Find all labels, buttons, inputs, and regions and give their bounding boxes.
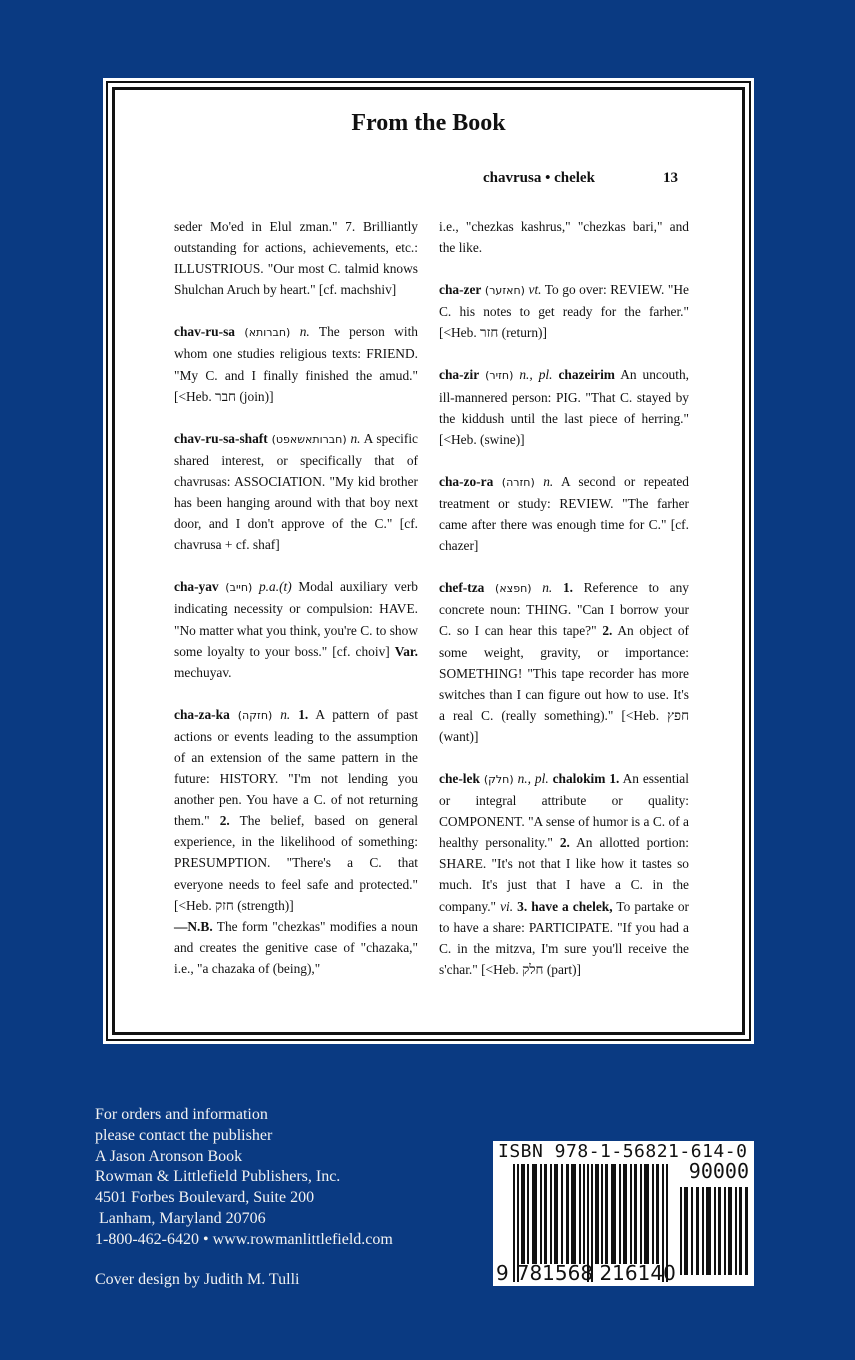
publisher-line: please contact the publisher (95, 1126, 393, 1147)
dictionary-entry-chazaka: cha-za-ka (חזקה) n. 1. A pattern of past… (174, 704, 418, 979)
dictionary-entry-chavrusa: chav-ru-sa (חברותא) n. The person with w… (174, 321, 418, 406)
part-of-speech: n. (300, 324, 310, 339)
running-head-words: chavrusa • chelek (483, 170, 595, 186)
hebrew-spelling: (חברותאשאפט) (272, 433, 347, 446)
variant-label: Var. (395, 644, 418, 659)
sense-text: A pattern of past actions or events lead… (174, 707, 418, 828)
headword: chef-tza (439, 580, 484, 595)
hebrew-spelling: (חייב) (225, 581, 252, 594)
ean-remaining-digits: 781568 216140 (517, 1261, 676, 1285)
price-code: 90000 (689, 1159, 749, 1183)
dictionary-entry-chayav: cha-yav (חייב) p.a.(t) Modal auxiliary v… (174, 576, 418, 682)
sense-number: 2. (602, 623, 612, 638)
nota-bene-label: —N.B. (174, 919, 213, 934)
sense-number: 3. (517, 899, 527, 914)
publisher-line: For orders and information (95, 1105, 393, 1126)
headword: chav-ru-sa (174, 324, 235, 339)
headword: chav-ru-sa-shaft (174, 431, 268, 446)
headword: cha-zo-ra (439, 474, 493, 489)
part-of-speech: n. (350, 431, 360, 446)
part-of-speech: n. (280, 707, 290, 722)
hebrew-spelling: (חזיר) (485, 369, 513, 382)
right-column: i.e., "chezkas kashrus," "chezkas bari,"… (439, 216, 689, 1001)
page-number: 13 (663, 170, 678, 187)
part-of-speech: p.a.(t) (259, 579, 292, 594)
addon-barcode-bars-icon (680, 1187, 748, 1275)
ean-digits: 9781568 216140 (496, 1261, 676, 1285)
hebrew-spelling: (חזרה) (502, 476, 535, 489)
ean-first-digit: 9 (496, 1261, 509, 1285)
publisher-line: A Jason Aronson Book (95, 1147, 393, 1168)
headword: che-lek (439, 771, 480, 786)
excerpt-panel: From the Book chavrusa • chelek 13 seder… (103, 78, 754, 1044)
part-of-speech: vi. (500, 899, 513, 914)
headword: cha-zir (439, 367, 479, 382)
page-title: From the Book (103, 110, 754, 137)
publisher-info: For orders and information please contac… (95, 1105, 393, 1251)
dictionary-entry-chazir: cha-zir (חזיר) n., pl. chazeirim An unco… (439, 364, 689, 449)
headword: cha-zer (439, 282, 481, 297)
part-of-speech: n., pl. (518, 771, 549, 786)
sense-text: The belief, based on general experience,… (174, 813, 418, 912)
headword: cha-yav (174, 579, 219, 594)
sense-number: 1. (609, 771, 619, 786)
hebrew-spelling: (חברותא) (244, 326, 290, 339)
plural-form: chalokim (553, 771, 606, 786)
isbn-barcode: ISBN 978-1-56821-614-0 90000 (493, 1141, 754, 1286)
phrase: have a chelek, (531, 899, 612, 914)
running-head: chavrusa • chelek 13 (483, 170, 595, 187)
publisher-line: Lanham, Maryland 20706 (95, 1209, 393, 1230)
hebrew-spelling: (חפצא) (495, 582, 532, 595)
plural-form: chazeirim (558, 367, 615, 382)
cover-design-credit: Cover design by Judith M. Tulli (95, 1271, 299, 1289)
continuation-text: i.e., "chezkas kashrus," "chezkas bari,"… (439, 216, 689, 258)
publisher-contact-line: 1-800-462-6420 • www.rowmanlittlefield.c… (95, 1230, 393, 1251)
sense-text: An object of some weight, gravity, or im… (439, 623, 689, 743)
hebrew-spelling: (חאזער) (485, 284, 525, 297)
dictionary-entry-cheftza: chef-tza (חפצא) n. 1. Reference to any c… (439, 577, 689, 747)
part-of-speech: n. (543, 474, 553, 489)
sense-number: 2. (220, 813, 230, 828)
part-of-speech: n. (542, 580, 552, 595)
headword: cha-za-ka (174, 707, 230, 722)
hebrew-spelling: (חלק) (484, 773, 514, 786)
definition: A specific shared interest, or specifica… (174, 431, 418, 552)
part-of-speech: n., pl. (519, 367, 552, 382)
dictionary-entry-chavrusashaft: chav-ru-sa-shaft (חברותאשאפט) n. A speci… (174, 428, 418, 556)
publisher-line: Rowman & Littlefield Publishers, Inc. (95, 1167, 393, 1188)
dictionary-entry-chelek: che-lek (חלק) n., pl. chalokim 1. An ess… (439, 768, 689, 980)
left-column: seder Mo'ed in Elul zman." 7. Brilliantl… (174, 216, 418, 1000)
sense-number: 1. (563, 580, 573, 595)
part-of-speech: vt. (529, 282, 542, 297)
dictionary-entry-chazora: cha-zo-ra (חזרה) n. A second or repeated… (439, 471, 689, 556)
sense-number: 2. (560, 835, 570, 850)
continuation-text: seder Mo'ed in Elul zman." 7. Brilliantl… (174, 216, 418, 300)
sense-number: 1. (298, 707, 308, 722)
publisher-line: 4501 Forbes Boulevard, Suite 200 (95, 1188, 393, 1209)
dictionary-entry-chazer: cha-zer (חאזער) vt. To go over: REVIEW. … (439, 279, 689, 343)
variant-value: mechuyav. (174, 665, 232, 680)
hebrew-spelling: (חזקה) (238, 709, 273, 722)
